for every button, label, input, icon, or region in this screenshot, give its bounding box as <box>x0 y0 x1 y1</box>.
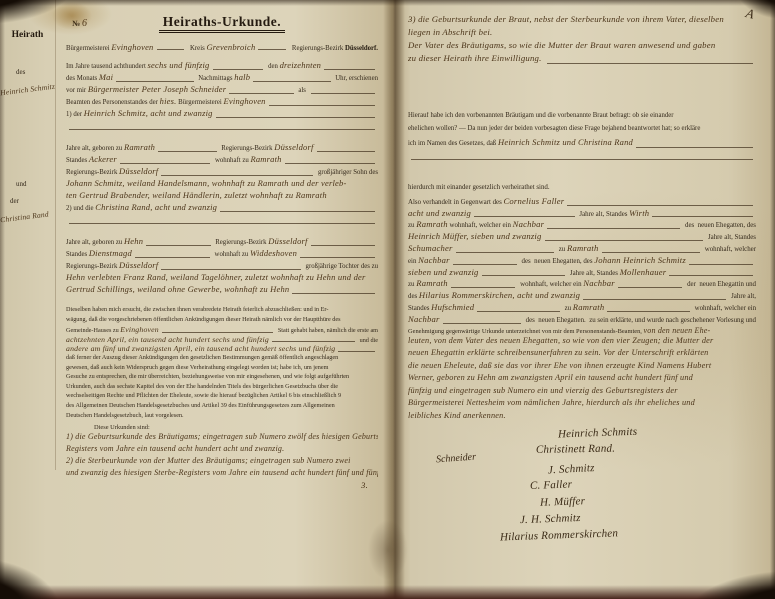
printed-text: Jahre alt, geboren zu <box>66 145 124 152</box>
handwritten-text: Düsseldorf <box>119 166 158 176</box>
text-line: ein Nachbar des neuen Ehegatten, des Joh… <box>408 255 756 267</box>
marriage-question-paragraph: Hierauf habe ich den vorbenannten Bräuti… <box>408 112 756 162</box>
printed-text: Jahre alt, geboren zu <box>66 239 124 246</box>
text-line: gewesen, daß auch kein Widerspruch gegen… <box>66 364 378 374</box>
text-line: Standes Hufschmied zu Ramrath wohnhaft, … <box>408 302 756 314</box>
printed-text: Urkunden, auch das sechste Kapitel des v… <box>66 383 338 390</box>
text-line: des Allgemeinen Deutschen Handelsgesetzb… <box>66 402 378 412</box>
handwritten-text: J. Schmitz <box>548 462 595 476</box>
right-page: A 3) die Geburtsurkunde der Braut, nebst… <box>400 0 766 599</box>
text-line: 2) die Sterbeurkunde von der Mutter des … <box>66 456 378 468</box>
blank-rule <box>216 114 375 118</box>
bride-block: Jahre alt, geboren zu Hehn Regierungs-Be… <box>66 236 378 296</box>
text-line: Der Vater des Bräutigams, so wie die Mut… <box>408 40 756 53</box>
handwritten-text: Nachbar <box>418 255 450 265</box>
handwritten-text: Cornelius Faller <box>503 196 564 206</box>
blank-rule <box>411 156 753 160</box>
handwritten-text: Evinghoven <box>111 42 153 52</box>
document-title: Heiraths-Urkunde. <box>66 14 378 30</box>
blank-rule <box>453 261 517 265</box>
party-and-witness-signatures: Heinrich SchmitsChristinett Rand.J. Schm… <box>408 425 756 544</box>
blank-rule <box>474 213 575 217</box>
blank-rule <box>583 296 726 300</box>
printed-text: der neuen Ehegattin und <box>685 281 756 288</box>
handwritten-text: sechs und fünfzig <box>148 60 210 70</box>
handwritten-text: Nachbar <box>513 219 545 229</box>
text-line: zu Ramrath wohnhaft, welcher ein Nachbar… <box>408 278 756 290</box>
printed-text: Gesuche zu entsprechen, die mir überreic… <box>66 373 349 380</box>
text-line: Hehn verlebten Franz Rand, weiland Tagel… <box>66 272 378 284</box>
blank-rule <box>607 308 690 312</box>
signature-area: Schneider Heinrich SchmitsChristinett Ra… <box>408 425 756 544</box>
blank-rule <box>311 90 375 94</box>
printed-text: des neuen Ehegatten. zu sein erklärte, u… <box>524 317 756 324</box>
handwritten-text: ten Gertrud Brabender, weiland Händlerin… <box>66 190 327 200</box>
printed-text: wägung, daß die vorgeschriebenen öffentl… <box>66 316 341 323</box>
printed-text: Bürgermeisterei <box>176 99 223 106</box>
handwritten-text: 2) die Sterbeurkunde von der Mutter des … <box>66 456 351 465</box>
blank-rule <box>158 148 216 152</box>
handwritten-text: Mollenhauer <box>620 267 667 277</box>
witnesses-block: hierdurch mit einander gesetzlich verhei… <box>408 184 756 326</box>
text-line: Christina Rand <box>0 209 55 225</box>
text-line: die neuen Eheleute, daß sie das vor ihre… <box>408 361 756 374</box>
handwritten-text: dreizehnten <box>280 60 322 70</box>
handwritten-text: hies. <box>160 96 177 106</box>
text-line: Dieselben haben mich ersucht, die zwisch… <box>66 306 378 316</box>
printed-text: Beamten des Personenstandes der <box>66 99 160 106</box>
blank-rule <box>69 220 375 224</box>
handwritten-text: Christina Rand <box>0 209 49 224</box>
text-line: und zwanzig des hiesigen Sterbe-Register… <box>66 468 378 480</box>
blank-rule <box>545 237 704 241</box>
printed-text: Kreis <box>187 45 207 52</box>
handwritten-text: Hehn <box>124 236 143 246</box>
text-line: Gemeinde-Hauses zu Evinghoven Statt geha… <box>66 325 378 335</box>
blank-rule <box>162 329 273 333</box>
blank-rule <box>602 249 700 253</box>
printed-text: zu <box>408 222 416 229</box>
blank-rule <box>146 242 210 246</box>
printed-text: Im Jahre tausend achthundert <box>66 63 148 70</box>
closing-paragraph: Genehmigung gegenwärtige Urkunde unterze… <box>408 326 756 336</box>
text-line: 1) die Geburtsurkunde des Bräutigams; ei… <box>66 432 378 444</box>
handwritten-text: Gertrud Schillings, weiland ohne Gewerbe… <box>66 284 289 294</box>
text-line: Urkunden, auch das sechste Kapitel des v… <box>66 383 378 393</box>
printed-text: Regierungs-Bezirk <box>66 263 119 270</box>
handwritten-text: Evinghoven <box>224 96 266 106</box>
printed-text: Deutschen Handelsgesetzbuch, laut vorgel… <box>66 412 184 419</box>
blank-rule <box>338 348 375 352</box>
printed-text: Standes <box>66 251 89 258</box>
handwritten-text: H. Müffer <box>540 495 586 509</box>
printed-text: Regierungs-Bezirk <box>220 145 275 152</box>
blank-rule <box>636 144 753 148</box>
handwritten-text: C. Faller <box>530 479 573 492</box>
blank-rule <box>689 261 753 265</box>
printed-text: Heirath <box>12 30 44 40</box>
blank-rule <box>213 66 264 70</box>
left-page: HeirathdesHeinrich SchmitzundderChristin… <box>0 0 388 599</box>
handwritten-text: Ramrath <box>573 302 605 312</box>
printed-text: ich im Namen des Gesetzes, daß <box>408 140 498 147</box>
text-line: fünfzig und eingetragen sub Numero ein u… <box>408 386 756 399</box>
handwritten-text: leibliches Kind anerkennen. <box>408 411 506 420</box>
printed-text: zu <box>408 281 416 288</box>
handwritten-text: leuten, von dem Vater des neuen Ehegatte… <box>408 336 713 345</box>
printed-text: Jahre alt, <box>729 293 756 300</box>
blank-rule <box>477 308 560 312</box>
publication-notice-paragraph: Dieselben haben mich ersucht, die zwisch… <box>66 306 378 421</box>
text-line: Schumacher zu Ramrath wohnhaft, welcher <box>408 243 756 255</box>
text-line: der <box>10 197 55 205</box>
printed-text: wohnhaft, welcher ein <box>518 281 583 288</box>
printed-text: wohnhaft, welcher <box>703 246 756 253</box>
handwritten-text: Heinrich Schmitz <box>0 82 55 98</box>
intro-block: Im Jahre tausend achthundert sechs und f… <box>66 60 378 132</box>
printed-text: Jahre alt, Standes <box>578 211 629 218</box>
municipality-line: Bürgermeisterei Evinghoven Kreis Grevenb… <box>66 42 378 52</box>
printed-text: als <box>297 87 308 94</box>
text-line: und <box>16 180 55 188</box>
printed-text: hierdurch mit einander gesetzlich verhei… <box>408 184 550 191</box>
text-line: Jahre alt, geboren zu Ramrath Regierungs… <box>66 142 378 154</box>
handwritten-text: Mai <box>99 72 113 82</box>
handwritten-text: von den neuen Ehe- <box>644 326 711 335</box>
handwritten-text: Werner, geboren zu Hehn am zwanzigsten A… <box>408 373 693 382</box>
handwritten-text: Heinrich Schmitz, acht und zwanzig <box>84 108 213 118</box>
printed-text: Regierungs-Bezirk <box>214 239 269 246</box>
text-line: Werner, geboren zu Hehn am zwanzigsten A… <box>408 373 756 386</box>
handwritten-text: Hilarius Rommerskirchen, acht und zwanzi… <box>419 290 580 300</box>
handwritten-text: Christinett Rand. <box>536 443 615 456</box>
text-line: Johann Schmitz, weiland Handelsmann, woh… <box>66 178 378 190</box>
text-line: Heinrich Müffer, sieben und zwanzig Jahr… <box>408 231 756 243</box>
text-line: hierdurch mit einander gesetzlich verhei… <box>408 184 756 196</box>
text-line: Heirath <box>0 30 55 40</box>
text-line: Bürgermeisterei Nettesheim vom nämlichen… <box>408 398 756 411</box>
blank-rule <box>324 66 375 70</box>
blank-rule <box>220 208 375 212</box>
certificate-form: № 6 Heiraths-Urkunde. Bürgermeisterei Ev… <box>66 14 378 492</box>
text-line: Beamten des Personenstandes der hies. Bü… <box>66 96 378 108</box>
printed-text: Jahre alt, Standes <box>706 234 756 241</box>
printed-text: des <box>16 68 25 76</box>
blank-rule <box>161 266 301 270</box>
printed-text: zu <box>557 246 567 253</box>
text-line: andere am fünf und zwanzigsten April, ei… <box>66 344 378 354</box>
printed-text: des Monats <box>66 75 99 82</box>
text-line: Genehmigung gegenwärtige Urkunde unterze… <box>408 326 756 336</box>
text-line: Standes Ackerer wohnhaft zu Ramrath <box>66 154 378 166</box>
text-line: Bürgermeisterei Evinghoven Kreis Grevenb… <box>66 42 378 52</box>
blank-rule <box>269 102 375 106</box>
handwritten-text: Johann Schmitz, weiland Handelsmann, woh… <box>66 178 346 188</box>
handwritten-text: J. H. Schmitz <box>520 512 581 526</box>
printed-text: Standes <box>66 157 89 164</box>
blank-rule <box>272 338 355 342</box>
text-line: ehelichen wollen? — Da nun jeder der bei… <box>408 125 756 138</box>
text-line: 2) und die Christina Rand, acht und zwan… <box>66 202 378 214</box>
printed-text: vor mir <box>66 87 88 94</box>
printed-text: Jahre alt, Standes <box>568 270 619 277</box>
text-line: Regierungs-Bezirk Düsseldorf großjährige… <box>66 166 378 178</box>
handwritten-text: Wirth <box>629 208 649 218</box>
blank-rule <box>300 254 375 258</box>
text-line: Standes Dienstmagd wohnhaft zu Widdeshov… <box>66 248 378 260</box>
handwritten-text: fünfzig und eingetragen sub Numero ein u… <box>408 386 678 395</box>
margin-annotation-column: HeirathdesHeinrich SchmitzundderChristin… <box>0 0 56 470</box>
printed-text: 1) der <box>66 111 84 118</box>
blank-rule <box>317 148 375 152</box>
text-line: vor mir Bürgermeister Peter Joseph Schne… <box>66 84 378 96</box>
documents-list: 1) die Geburtsurkunde des Bräutigams; ei… <box>66 432 378 492</box>
text-line: Jahre alt, geboren zu Hehn Regierungs-Be… <box>66 236 378 248</box>
handwritten-text: andere am fünf und zwanzigsten April, ei… <box>66 344 335 353</box>
blank-rule <box>69 126 375 130</box>
text-line: Also verhandelt in Gegenwart des Corneli… <box>408 196 756 208</box>
blank-rule <box>456 249 554 253</box>
text-line: zu Ramrath wohnhaft, welcher ein Nachbar… <box>408 219 756 231</box>
printed-text: Bürgermeisterei <box>66 45 111 52</box>
printed-text: des <box>408 293 419 300</box>
handwritten-text: 3) die Geburtsurkunde der Braut, nebst d… <box>408 14 724 24</box>
text-line <box>66 214 378 226</box>
handwritten-text: Johann Heinrich Schmitz <box>594 255 686 265</box>
printed-text: gewesen, daß auch kein Widerspruch gegen… <box>66 364 328 371</box>
handwritten-text: Bürgermeisterei Nettesheim vom nämlichen… <box>408 398 695 407</box>
handwritten-text: Hehn verlebten Franz Rand, weiland Tagel… <box>66 272 366 282</box>
text-line <box>66 120 378 132</box>
text-line: des <box>16 68 55 76</box>
blank-rule <box>482 272 566 276</box>
printed-text: Regierungs-Bezirk <box>66 169 119 176</box>
handwritten-text: Bürgermeister Peter Joseph Schneider <box>88 84 226 94</box>
text-line: acht und zwanzig Jahre alt, Standes Wirt… <box>408 208 756 220</box>
groom-block: Jahre alt, geboren zu Ramrath Regierungs… <box>66 142 378 226</box>
handwritten-text: Ramrath <box>567 243 599 253</box>
blank-rule <box>258 46 285 50</box>
blank-rule <box>311 242 375 246</box>
handwritten-text: Hufschmied <box>431 302 474 312</box>
handwritten-text: Düsseldorf <box>274 142 313 152</box>
printed-text: wohnhaft, welcher ein <box>693 305 756 312</box>
handwritten-text: Registers vom Jahre ein tausend acht hun… <box>66 444 284 453</box>
handwritten-text: Nachbar <box>408 314 440 324</box>
scanned-registry-photo: HeirathdesHeinrich SchmitzundderChristin… <box>0 0 775 599</box>
handwritten-text: Dienstmagd <box>89 248 132 258</box>
handwritten-text: sieben und zwanzig <box>408 267 479 277</box>
handwritten-text: neuen Ehegattin erklärte schreibensunerf… <box>408 348 709 357</box>
text-line: wägung, daß die vorgeschriebenen öffentl… <box>66 316 378 326</box>
handwritten-text: Ramrath <box>416 219 448 229</box>
text-line: Heinrich Schmitz <box>0 82 55 98</box>
printed-text: Statt gehabt haben, nämlich die erste am <box>276 327 378 334</box>
text-line: wechselseitigen Rechte und Pflichten der… <box>66 392 378 402</box>
text-line: 3) die Geburtsurkunde der Braut, nebst d… <box>408 14 756 27</box>
blank-rule <box>443 320 521 324</box>
printed-text: und die <box>358 337 378 344</box>
text-line: zu dieser Heirath ihre Einwilligung. <box>408 53 756 66</box>
book-gutter <box>383 0 405 599</box>
text-line: Gertrud Schillings, weiland ohne Gewerbe… <box>66 284 378 296</box>
text-line: Im Jahre tausend achthundert sechs und f… <box>66 60 378 72</box>
printed-text: des neuen Ehegatten, des <box>520 258 594 265</box>
blank-rule <box>285 160 375 164</box>
text-line: daß ferner der Auszug dieser Ankündigung… <box>66 354 378 364</box>
child-acknowledgment-paragraph: leuten, von dem Vater des neuen Ehegatte… <box>408 336 756 424</box>
printed-text: den <box>266 63 279 70</box>
handwritten-text: Ramrath <box>124 142 155 152</box>
handwritten-text: Ramrath <box>250 154 281 164</box>
text-line: 1) der Heinrich Schmitz, acht und zwanzi… <box>66 108 378 120</box>
blank-rule <box>157 46 184 50</box>
printed-text: und <box>16 180 27 188</box>
handwritten-text: Heinrich Schmits <box>558 426 638 441</box>
blank-rule <box>253 78 330 82</box>
text-line: des Hilarius Rommerskirchen, acht und zw… <box>408 290 756 302</box>
printed-text: daß ferner der Auszug dieser Ankündigung… <box>66 354 338 361</box>
text-line: Deutschen Handelsgesetzbuch, laut vorgel… <box>66 412 378 422</box>
printed-text: Standes <box>408 305 431 312</box>
certificate-header: № 6 Heiraths-Urkunde. <box>66 14 378 36</box>
blank-rule <box>567 202 753 206</box>
text-line: neuen Ehegattin erklärte schreibensunerf… <box>408 348 756 361</box>
printed-text: Düsseldorf. <box>345 45 378 52</box>
handwritten-text: halb <box>234 72 250 82</box>
printed-text: des neuen Ehegatten, des <box>683 222 756 229</box>
handwritten-text: Heinrich Müffer, sieben und zwanzig <box>408 231 542 241</box>
printed-text: großjähriger Sohn des <box>316 169 378 176</box>
text-line: achtzehnten April, ein tausend acht hund… <box>66 335 378 345</box>
printed-text: Nachmittags <box>197 75 235 82</box>
blank-rule <box>618 284 683 288</box>
documents-continuation-block: 3) die Geburtsurkunde der Braut, nebst d… <box>408 14 756 66</box>
text-line: leibliches Kind anerkennen. <box>408 411 756 424</box>
handwritten-text: achtzehnten April, ein tausend acht hund… <box>66 335 269 344</box>
text-line: liegen in Abschrift bei. <box>408 27 756 40</box>
printed-text: ein <box>408 258 418 265</box>
text-line: Hierauf habe ich den vorbenannten Bräuti… <box>408 112 756 125</box>
blank-rule <box>161 172 313 176</box>
handwritten-text: Hilarius Rommerskirchen <box>500 527 619 543</box>
handwritten-text: Schumacher <box>408 243 453 253</box>
printed-text: wohnhaft zu <box>213 251 250 258</box>
blank-rule <box>116 78 193 82</box>
handwritten-text: Nachbar <box>583 278 615 288</box>
handwritten-text: zu dieser Heirath ihre Einwilligung. <box>408 53 544 63</box>
blank-rule <box>451 284 516 288</box>
gutter-stain <box>368 520 408 580</box>
printed-text: 2) und die <box>66 205 95 212</box>
handwritten-text: Der Vater des Bräutigams, so wie die Mut… <box>408 40 715 50</box>
documents-heading: Diese Urkunden sind: <box>94 424 378 431</box>
blank-rule <box>135 254 210 258</box>
printed-text: großjährige Tochter des zu <box>304 263 378 270</box>
text-line: ich im Namen des Gesetzes, daß Heinrich … <box>408 137 756 150</box>
handwritten-text: Düsseldorf <box>119 260 158 270</box>
handwritten-text: Ramrath <box>416 278 448 288</box>
printed-text: ehelichen wollen? — Da nun jeder der bei… <box>408 125 700 132</box>
text-line: ten Gertrud Brabender, weiland Händlerin… <box>66 190 378 202</box>
printed-text: Dieselben haben mich ersucht, die zwisch… <box>66 306 328 313</box>
text-line: 3. <box>66 480 368 492</box>
text-line <box>408 150 756 163</box>
blank-rule <box>120 160 210 164</box>
document-title-text: Heiraths-Urkunde. <box>159 14 285 33</box>
printed-text: wohnhaft, welcher ein <box>448 222 513 229</box>
blank-rule <box>229 90 293 94</box>
text-line: Regierungs-Bezirk Düsseldorf großjährige… <box>66 260 378 272</box>
text-line: sieben und zwanzig Jahre alt, Standes Mo… <box>408 267 756 279</box>
printed-text: Genehmigung gegenwärtige Urkunde unterze… <box>408 328 644 335</box>
printed-text: Gemeinde-Hauses zu <box>66 327 120 334</box>
handwritten-text: und zwanzig des hiesigen Sterbe-Register… <box>66 468 378 477</box>
blank-rule <box>292 290 375 294</box>
text-line: leuten, von dem Vater des neuen Ehegatte… <box>408 336 756 349</box>
handwritten-text: 1) die Geburtsurkunde des Bräutigams; ei… <box>66 432 378 441</box>
text-line: des Monats Mai Nachmittags halb Uhr, ers… <box>66 72 378 84</box>
printed-text: Also verhandelt in Gegenwart des <box>408 199 503 206</box>
handwritten-text: die neuen Eheleute, daß sie das vor ihre… <box>408 361 711 370</box>
handwritten-text: Düsseldorf <box>268 236 307 246</box>
printed-text: Uhr, erschienen <box>334 75 378 82</box>
blank-rule <box>547 60 753 64</box>
text-line: Gesuche zu entsprechen, die mir überreic… <box>66 373 378 383</box>
printed-text: des Allgemeinen Deutschen Handelsgesetzb… <box>66 402 335 409</box>
handwritten-text: Widdeshoven <box>250 248 297 258</box>
handwritten-text: Grevenbroich <box>206 42 255 52</box>
printed-text: wechselseitigen Rechte und Pflichten der… <box>66 392 341 399</box>
blank-rule <box>669 272 753 276</box>
blank-rule <box>652 213 753 217</box>
printed-text: zu <box>563 305 573 312</box>
handwritten-text: Ackerer <box>89 154 117 164</box>
open-registry-book: HeirathdesHeinrich SchmitzundderChristin… <box>0 0 775 599</box>
handwritten-text: acht und zwanzig <box>408 208 471 218</box>
handwritten-text: Heinrich Schmitz und Christina Rand <box>498 137 633 147</box>
handwritten-text: Christina Rand, acht und zwanzig <box>95 202 217 212</box>
printed-text: Regierungs-Bezirk <box>289 45 345 52</box>
handwritten-text: liegen in Abschrift bei. <box>408 27 492 37</box>
text-line: Registers vom Jahre ein tausend acht hun… <box>66 444 378 456</box>
printed-text: Hierauf habe ich den vorbenannten Bräuti… <box>408 112 674 119</box>
text-line: Nachbar des neuen Ehegatten. zu sein erk… <box>408 314 756 326</box>
blank-rule <box>547 225 680 229</box>
handwritten-text: 3. <box>361 480 368 490</box>
page-stain <box>52 2 92 30</box>
printed-text: wohnhaft zu <box>213 157 250 164</box>
handwritten-text: Evinghoven <box>120 325 159 334</box>
printed-text: der <box>10 197 19 205</box>
